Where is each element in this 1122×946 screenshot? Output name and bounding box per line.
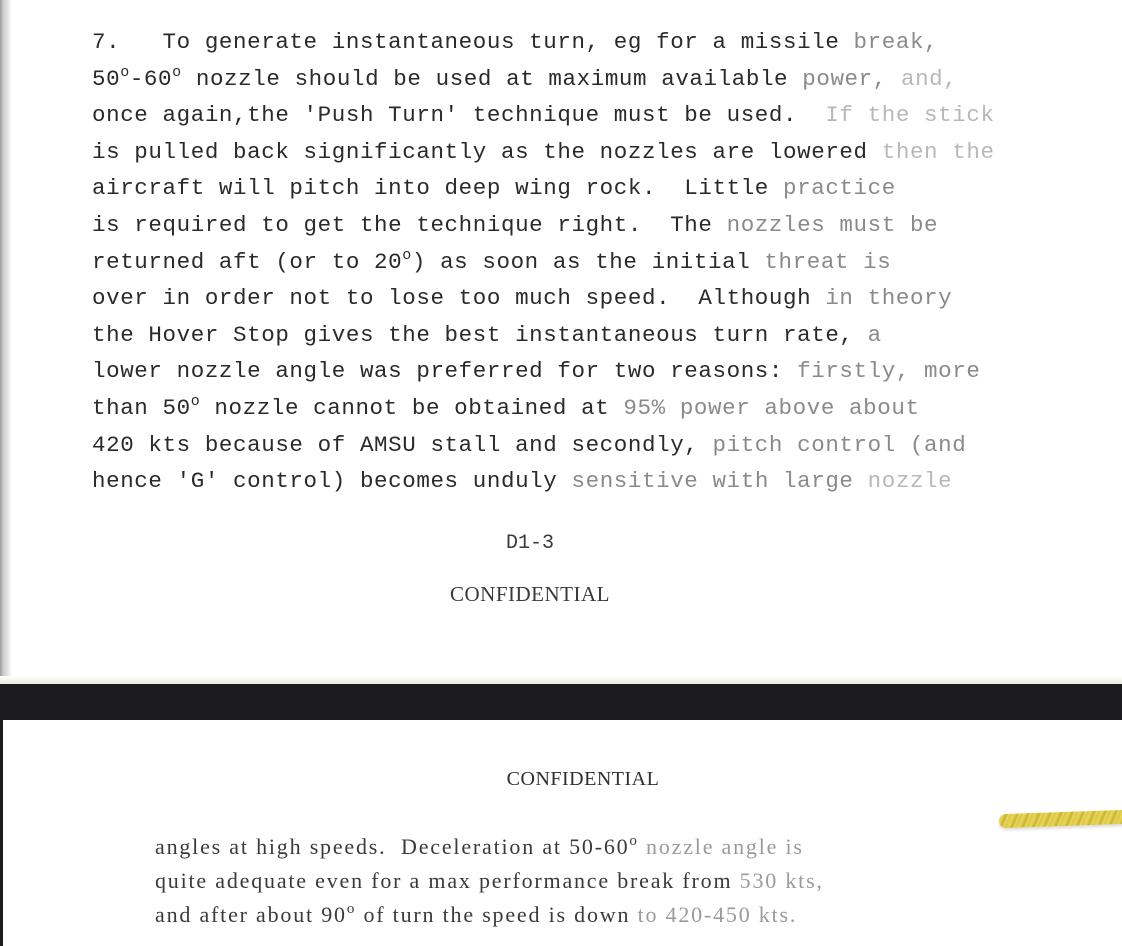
text-line: once again,the 'Push Turn' technique mus… [92, 97, 995, 134]
document-page-upper: 7. To generate instantaneous turn, eg fo… [0, 0, 1122, 684]
text-line: 7. To generate instantaneous turn, eg fo… [92, 24, 995, 61]
classification-marking-header: CONFIDENTIAL [3, 768, 1122, 791]
degree-symbol: o [172, 64, 182, 81]
paragraph-7: 7. To generate instantaneous turn, eg fo… [92, 24, 995, 500]
degree-symbol: o [191, 393, 201, 410]
document-page-lower: CONFIDENTIAL angles at high speeds. Dece… [3, 720, 1122, 946]
text-line: 420 kts because of AMSU stall and second… [92, 427, 995, 464]
text-line: angles at high speeds. Deceleration at 5… [155, 830, 824, 864]
degree-symbol: o [120, 64, 130, 81]
page-number: D1-3 [0, 532, 1060, 555]
text-line: lower nozzle angle was preferred for two… [92, 353, 995, 390]
degree-symbol: o [629, 833, 638, 849]
degree-symbol: o [347, 901, 356, 917]
text-line: quite adequate even for a max performanc… [155, 864, 824, 898]
text-line: hence 'G' control) becomes unduly sensit… [92, 463, 995, 500]
page-gap [0, 684, 1122, 720]
page-edge-shadow [0, 676, 1122, 684]
degree-symbol: o [402, 247, 412, 264]
binding-string-icon [999, 810, 1122, 829]
paragraph-continuation: angles at high speeds. Deceleration at 5… [155, 830, 824, 932]
text-line: 50o-60o nozzle should be used at maximum… [92, 61, 995, 98]
text-line: than 50o nozzle cannot be obtained at 95… [92, 390, 995, 427]
classification-marking-footer: CONFIDENTIAL [0, 582, 1060, 607]
text-line: over in order not to lose too much speed… [92, 280, 995, 317]
text-line: is required to get the technique right. … [92, 207, 995, 244]
text-line: and after about 90o of turn the speed is… [155, 898, 824, 932]
text-line: is pulled back significantly as the nozz… [92, 134, 995, 171]
text-line: the Hover Stop gives the best instantane… [92, 317, 995, 354]
text-line: aircraft will pitch into deep wing rock.… [92, 170, 995, 207]
text-line: returned aft (or to 20o) as soon as the … [92, 244, 995, 281]
